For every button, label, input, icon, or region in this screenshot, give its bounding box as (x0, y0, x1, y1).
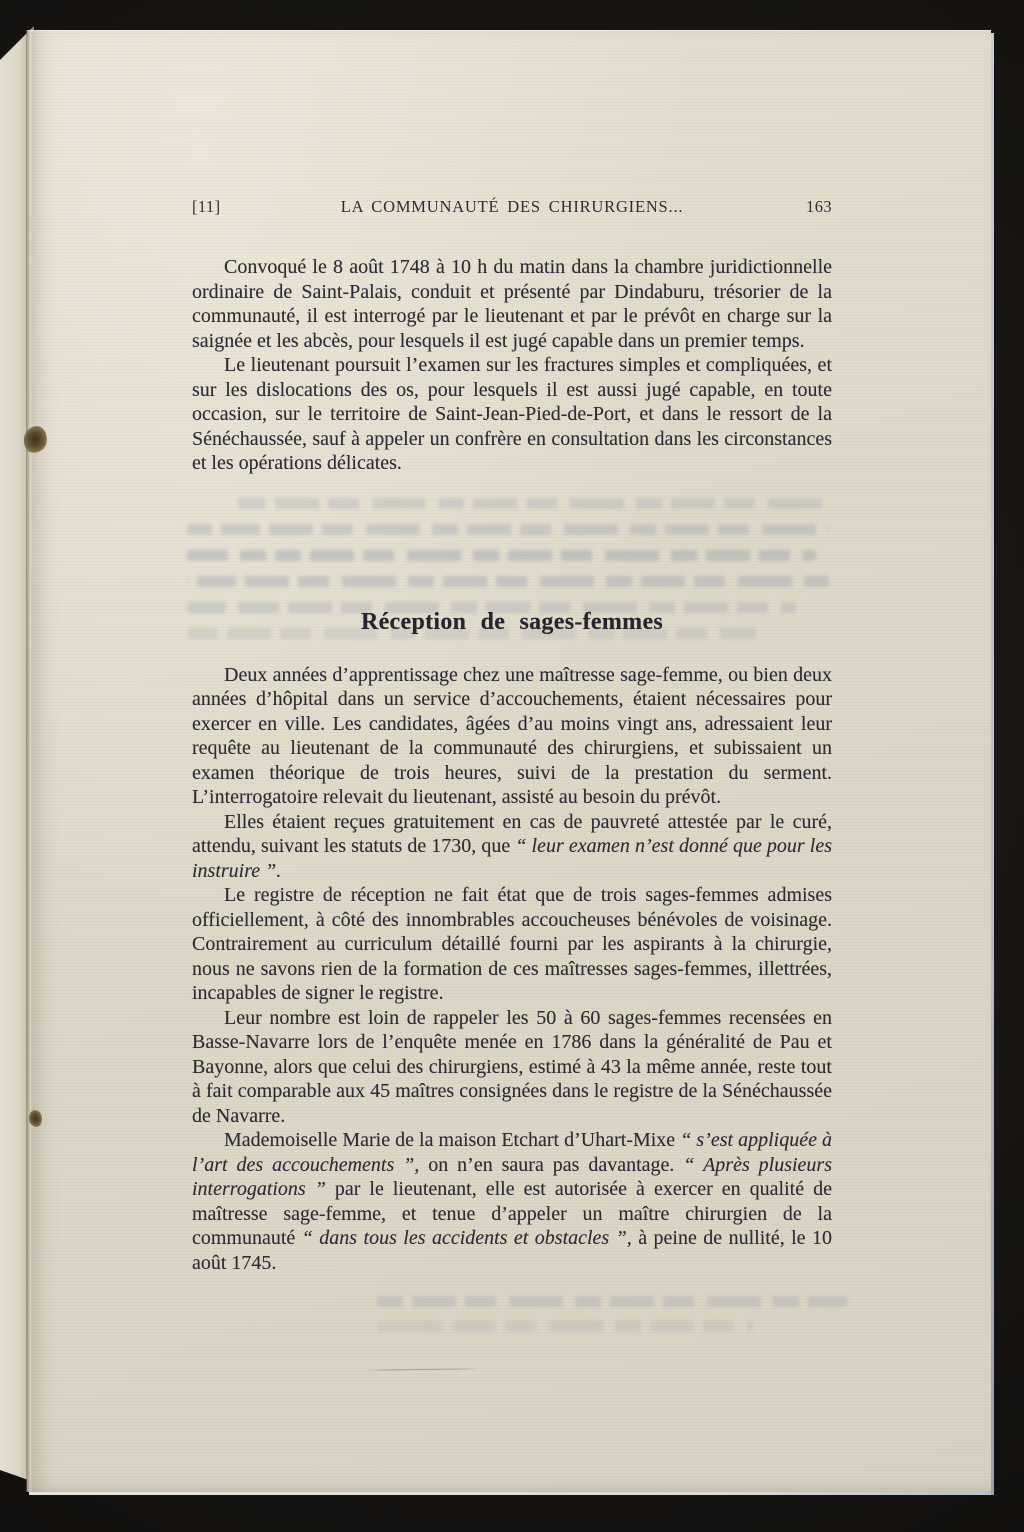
section-heading: Réception de sages-femmes (192, 606, 832, 638)
paragraph-2: Le lieutenant poursuit l’examen sur les … (192, 353, 832, 476)
paragraph-1: Convoqué le 8 août 1748 à 10 h du matin … (192, 255, 832, 353)
page-block-bottom-edge (29, 1492, 994, 1495)
paragraph-6: Leur nombre est loin de rappeler les 50 … (192, 1006, 832, 1129)
book-scan-scene: [11] LA COMMUNAUTÉ DES CHIRURGIENS... 16… (0, 0, 1024, 1532)
paragraph-3: Deux années d’apprentissage chez une maî… (192, 663, 832, 810)
running-header: [11] LA COMMUNAUTÉ DES CHIRURGIENS... 16… (192, 196, 832, 218)
paragraph-5: Le registre de réception ne fait état qu… (192, 883, 832, 1006)
running-title: LA COMMUNAUTÉ DES CHIRURGIENS... (341, 196, 684, 218)
paragraph-7: Mademoiselle Marie de la maison Etchart … (192, 1128, 832, 1275)
show-through-text (377, 1296, 847, 1346)
paragraph-4: Elles étaient reçues gratuitement en cas… (192, 810, 832, 884)
printed-column: [11] LA COMMUNAUTÉ DES CHIRURGIENS... 16… (192, 30, 832, 1275)
book-page: [11] LA COMMUNAUTÉ DES CHIRURGIENS... 16… (27, 30, 991, 1492)
article-locator: [11] (192, 196, 220, 218)
page-number: 163 (806, 196, 832, 218)
gutter-crease (26, 30, 33, 1492)
